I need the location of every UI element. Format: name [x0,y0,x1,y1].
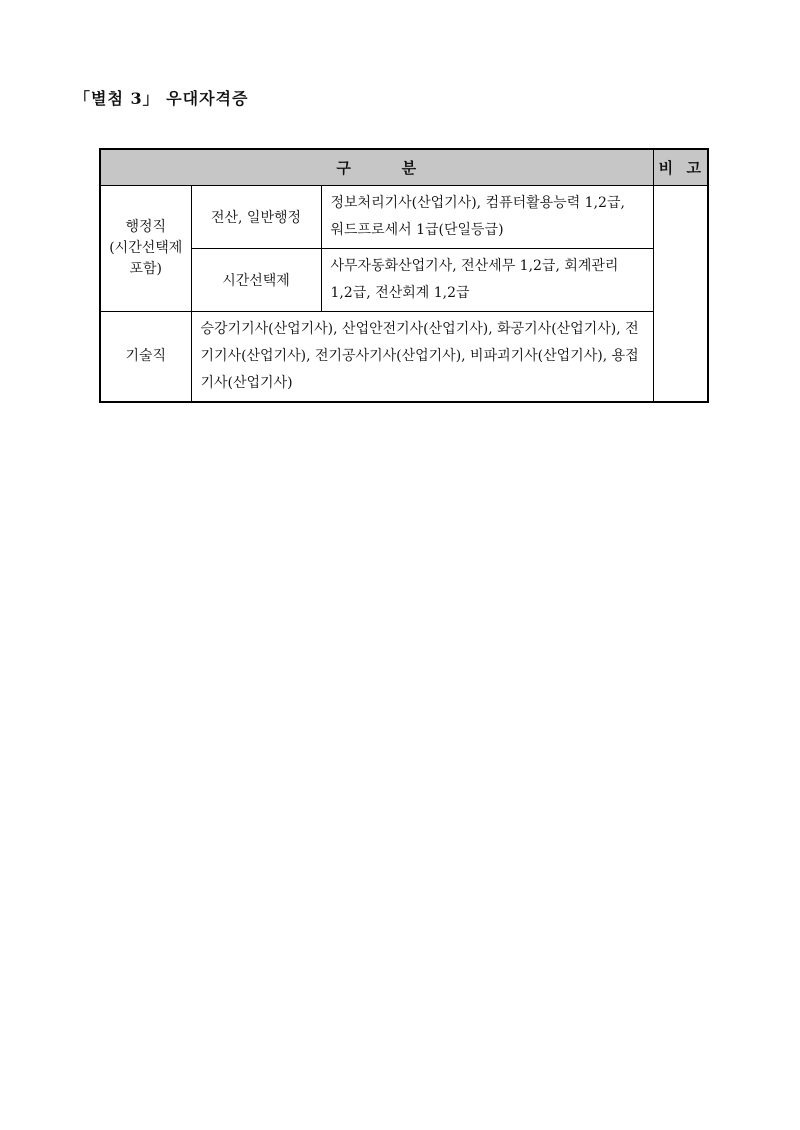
document-page: 「별첨 3」 우대자격증 구 분 비 고 행정직 (시간선택제 포함) 전산, … [0,0,800,1130]
table-row-admin-general: 행정직 (시간선택제 포함) 전산, 일반행정 정보처리기사(산업기사), 컴퓨… [100,185,708,248]
header-remarks-label: 비 고 [653,149,708,185]
cell-admin-certs-general: 정보처리기사(산업기사), 컴퓨터활용능력 1,2급, 워드프로세서 1급(단일… [321,185,653,248]
attachment-title: 「별첨 3」 우대자격증 [74,86,248,109]
cell-tech-category: 기술직 [100,311,191,402]
table-row-technical: 기술직 승강기기사(산업기사), 산업안전기사(산업기사), 화공기사(산업기사… [100,311,708,402]
preferred-certificates-table: 구 분 비 고 행정직 (시간선택제 포함) 전산, 일반행정 정보처리기사(산… [99,148,709,403]
table-row-admin-parttime: 시간선택제 사무자동화산업기사, 전산세무 1,2급, 회계관리 1,2급, 전… [100,248,708,311]
table-header-row: 구 분 비 고 [100,149,708,185]
cell-admin-certs-parttime: 사무자동화산업기사, 전산세무 1,2급, 회계관리 1,2급, 전산회계 1,… [321,248,653,311]
cell-admin-category: 행정직 (시간선택제 포함) [100,185,191,311]
cell-admin-type-parttime: 시간선택제 [191,248,321,311]
cell-tech-certs: 승강기기사(산업기사), 산업안전기사(산업기사), 화공기사(산업기사), 전… [191,311,653,402]
header-category-label: 구 분 [100,149,653,185]
cell-remarks-empty [653,185,708,402]
cell-admin-type-general: 전산, 일반행정 [191,185,321,248]
